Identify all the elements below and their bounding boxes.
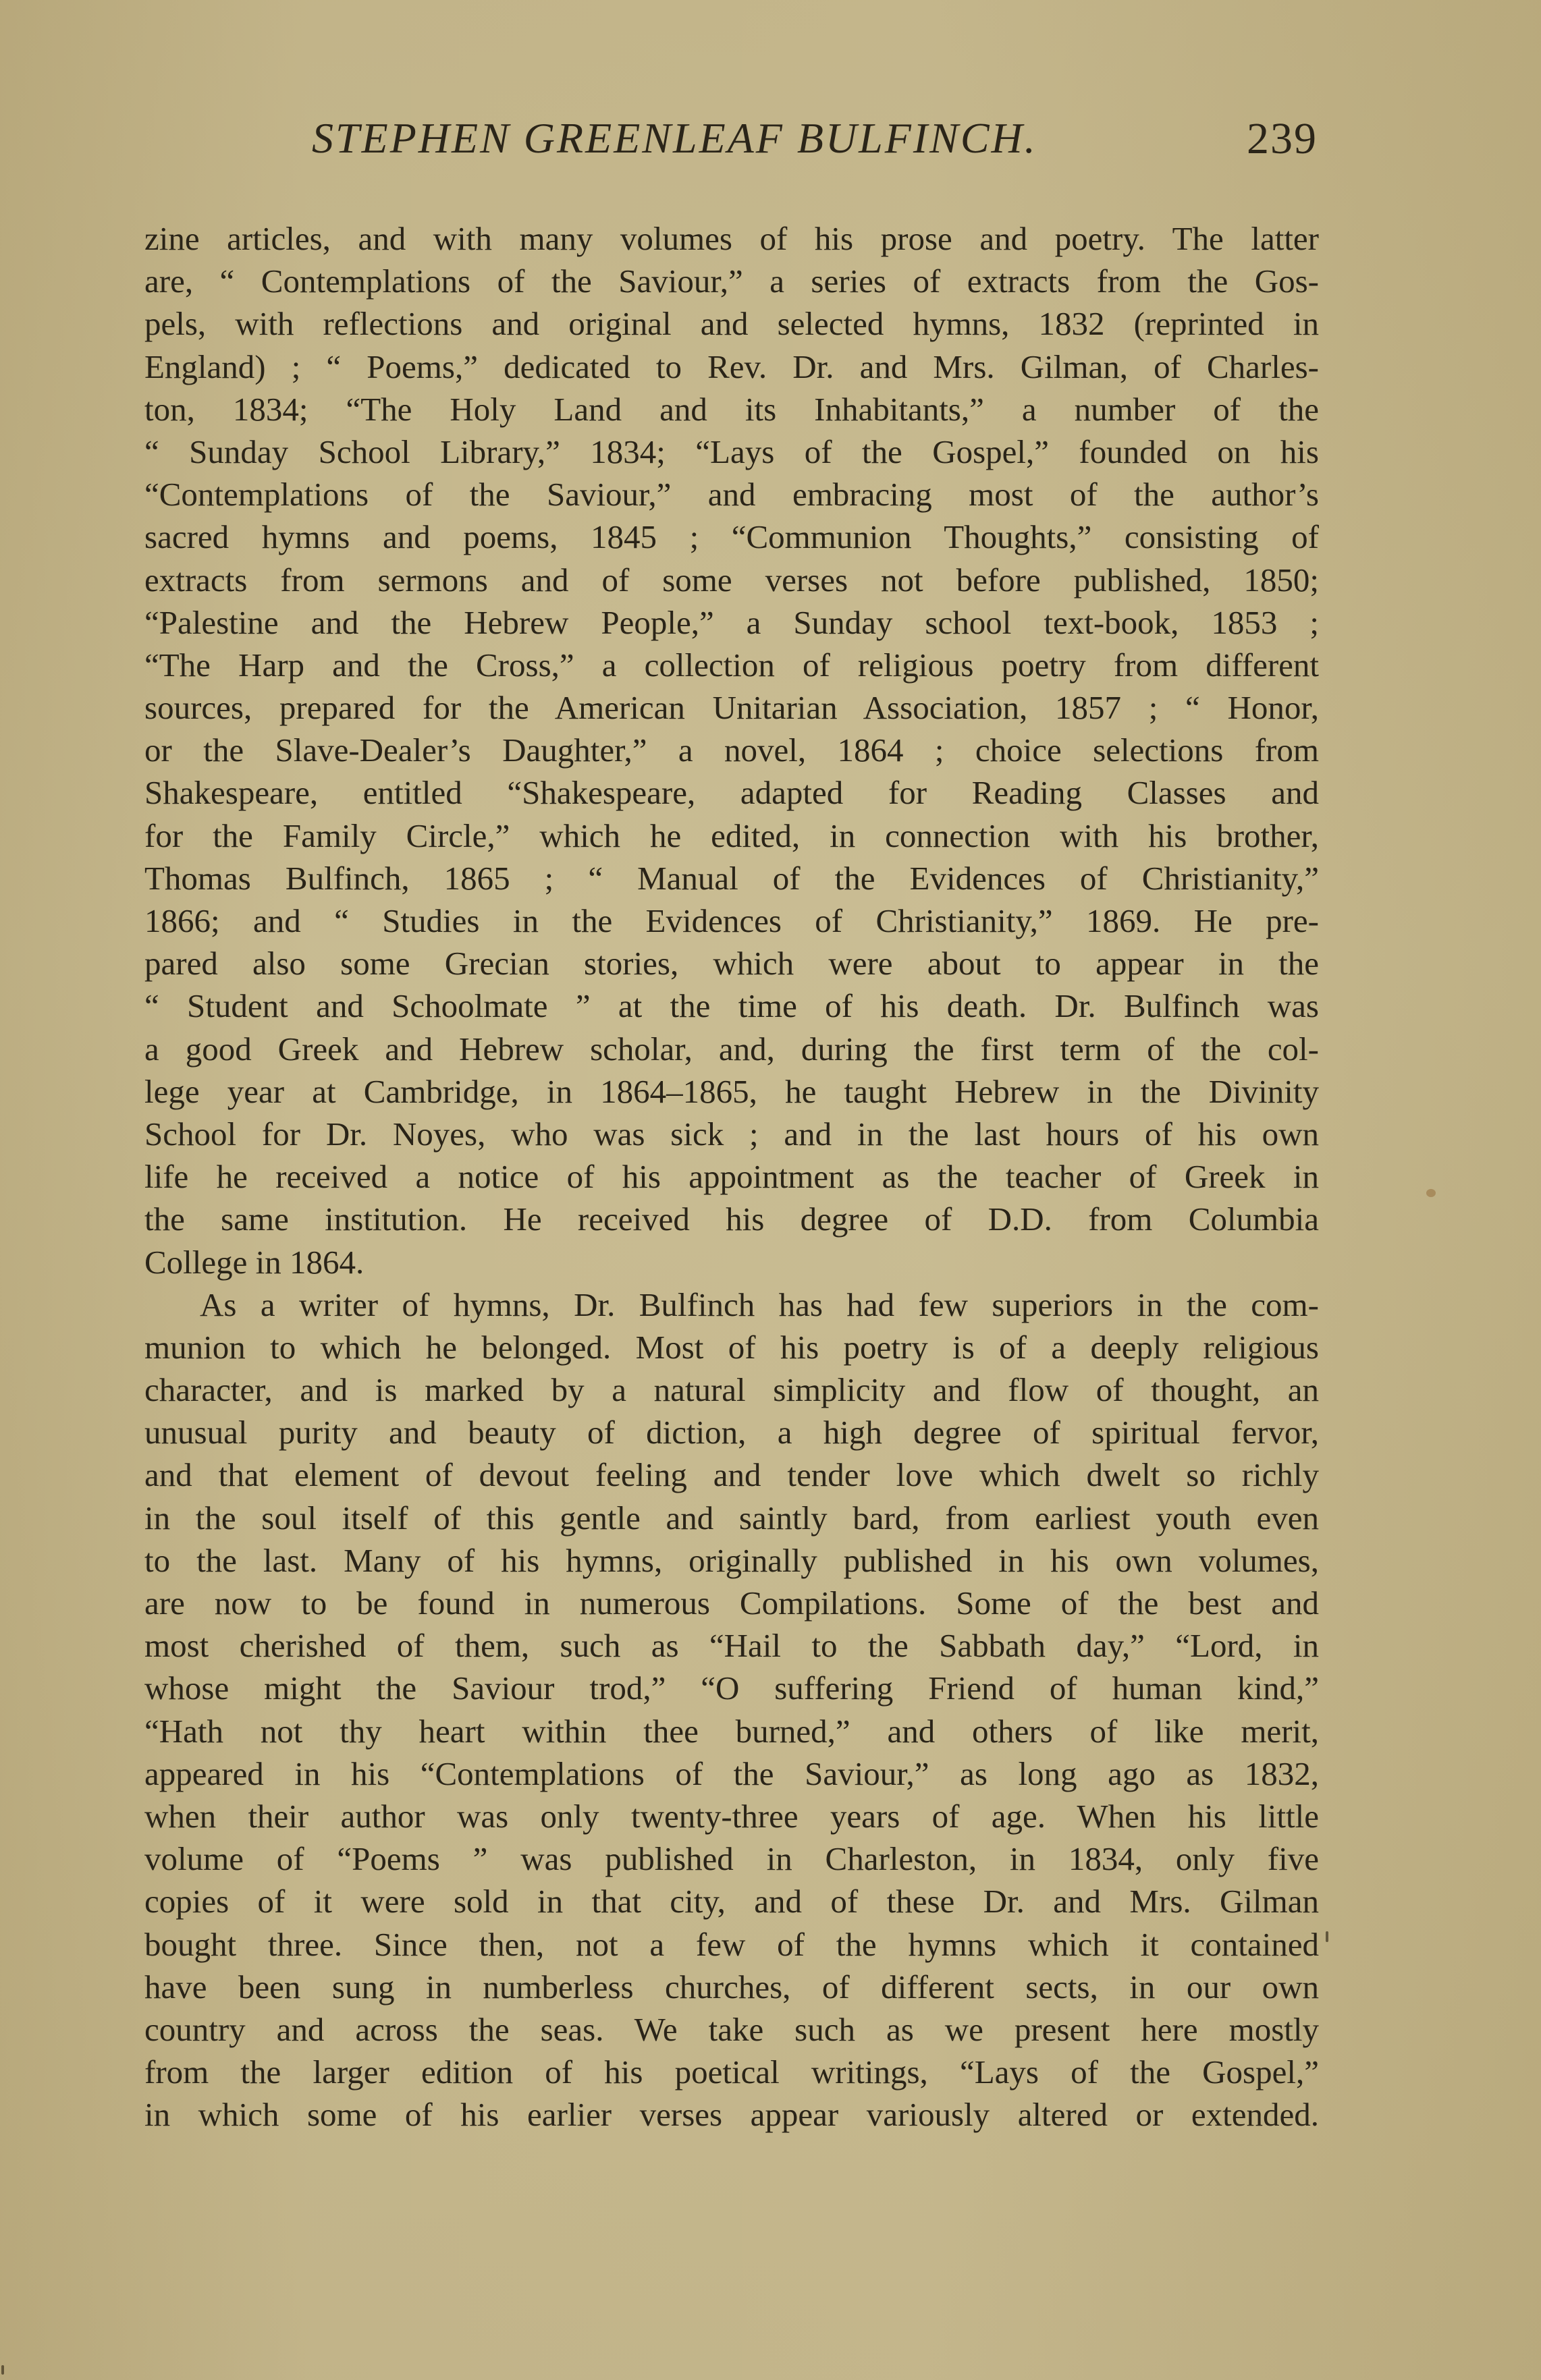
text-line: from the larger edition of his poetical …: [144, 2051, 1319, 2093]
text-line: zine articles, and with many volumes of …: [144, 217, 1319, 260]
text-line: whose might the Saviour trod,” “O suffer…: [144, 1667, 1319, 1709]
text-line: in which some of his earlier verses appe…: [144, 2093, 1319, 2136]
text-line: character, and is marked by a natural si…: [144, 1368, 1319, 1411]
text-line: appeared in his “Contemplations of the S…: [144, 1752, 1319, 1795]
paper-stain: [1426, 1189, 1436, 1197]
text-line: are, “ Contemplations of the Saviour,” a…: [144, 260, 1319, 302]
paragraph-2: As a writer of hymns, Dr. Bulfinch has h…: [144, 1283, 1319, 2136]
text-line: England) ; “ Poems,” dedicated to Rev. D…: [144, 345, 1319, 388]
running-header: STEPHEN GREENLEAF BULFINCH. 239: [312, 113, 1318, 174]
text-line: School for Dr. Noyes, who was sick ; and…: [144, 1113, 1319, 1155]
text-line: in the soul itself of this gentle and sa…: [144, 1497, 1319, 1539]
text-line: are now to be found in numerous Compilat…: [144, 1582, 1319, 1624]
text-line: “The Harp and the Cross,” a collection o…: [144, 644, 1319, 686]
text-line: life he received a notice of his appoint…: [144, 1155, 1319, 1198]
text-line: ton, 1834; “The Holy Land and its Inhabi…: [144, 388, 1319, 431]
text-line: “ Student and Schoolmate ” at the time o…: [144, 985, 1319, 1027]
running-title: STEPHEN GREENLEAF BULFINCH.: [312, 113, 1037, 163]
text-line: copies of it were sold in that city, and…: [144, 1880, 1319, 1922]
text-line: or the Slave-Dealer’s Daughter,” a novel…: [144, 729, 1319, 771]
text-line: “Palestine and the Hebrew People,” a Sun…: [144, 601, 1319, 644]
text-line: “Contemplations of the Saviour,” and emb…: [144, 473, 1319, 516]
text-line: “ Sunday School Library,” 1834; “Lays of…: [144, 431, 1319, 473]
text-line: volume of “Poems ” was published in Char…: [144, 1837, 1319, 1880]
book-page: STEPHEN GREENLEAF BULFINCH. 239 zine art…: [0, 0, 1541, 2380]
text-line: sacred hymns and poems, 1845 ; “Communio…: [144, 516, 1319, 558]
text-line: unusual purity and beauty of diction, a …: [144, 1411, 1319, 1454]
text-line: a good Greek and Hebrew scholar, and, du…: [144, 1028, 1319, 1070]
text-line: when their author was only twenty-three …: [144, 1795, 1319, 1837]
text-line: extracts from sermons and of some verses…: [144, 559, 1319, 601]
paper-fleck: [1326, 1931, 1328, 1942]
text-line: As a writer of hymns, Dr. Bulfinch has h…: [144, 1283, 1319, 1326]
text-line: pared also some Grecian stories, which w…: [144, 942, 1319, 985]
paper-fleck: [1, 2365, 4, 2375]
text-line: to the last. Many of his hymns, original…: [144, 1539, 1319, 1582]
text-line: “Hath not thy heart within thee burned,”…: [144, 1710, 1319, 1752]
text-line: Shakespeare, entitled “Shakespeare, adap…: [144, 771, 1319, 814]
text-line: for the Family Circle,” which he edited,…: [144, 814, 1319, 857]
paragraph-1: zine articles, and with many volumes of …: [144, 217, 1319, 1283]
text-line: pels, with reflections and original and …: [144, 302, 1319, 345]
text-line: have been sung in numberless churches, o…: [144, 1966, 1319, 2008]
text-line: bought three. Since then, not a few of t…: [144, 1923, 1319, 1966]
text-line: sources, prepared for the American Unita…: [144, 686, 1319, 729]
text-line: the same institution. He received his de…: [144, 1198, 1319, 1240]
text-line: 1866; and “ Studies in the Evidences of …: [144, 900, 1319, 942]
body-text: zine articles, and with many volumes of …: [144, 217, 1319, 2136]
page-number: 239: [1247, 113, 1318, 165]
text-line: College in 1864.: [144, 1241, 1319, 1283]
text-line: munion to which he belonged. Most of his…: [144, 1326, 1319, 1368]
text-line: and that element of devout feeling and t…: [144, 1454, 1319, 1496]
text-line: lege year at Cambridge, in 1864–1865, he…: [144, 1070, 1319, 1113]
text-line: country and across the seas. We take suc…: [144, 2008, 1319, 2051]
text-line: most cherished of them, such as “Hail to…: [144, 1624, 1319, 1667]
text-line: Thomas Bulfinch, 1865 ; “ Manual of the …: [144, 857, 1319, 900]
